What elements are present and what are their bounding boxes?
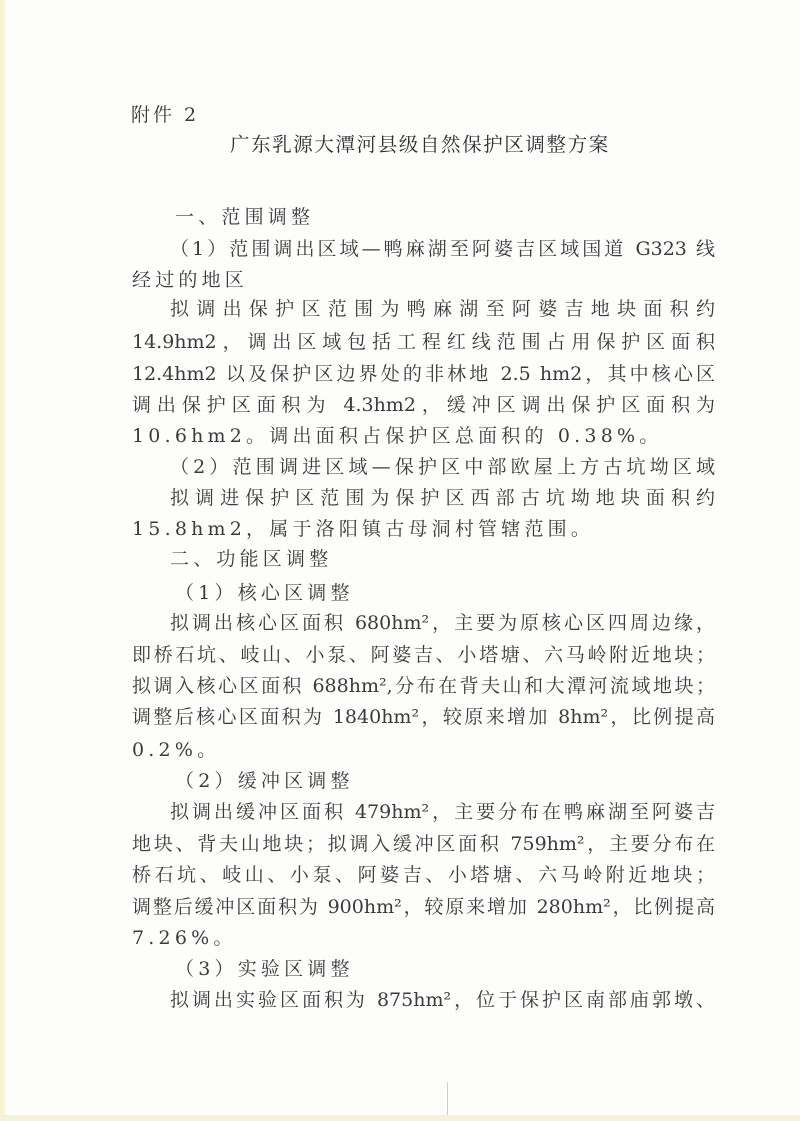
text-line: 即桥石坑、岐山、小泵、阿婆吉、小塔塘、六马岭附近地块； — [132, 643, 715, 667]
document-title: 广东乳源大潭河县级自然保护区调整方案 — [230, 133, 610, 157]
document-page: 附件 2 广东乳源大潭河县级自然保护区调整方案 一、范围调整（1）范围调出区域—… — [0, 0, 800, 1121]
attachment-label: 附件 2 — [131, 103, 199, 127]
text-line: 0.2%。 — [132, 738, 220, 762]
text-line: 桥石坑、岐山、小泵、阿婆吉、小塔塘、六马岭附近地块； — [132, 863, 715, 887]
text-line: 15.8hm2，属于洛阳镇古母洞村管辖范围。 — [132, 517, 594, 541]
text-line: 调出保护区面积为 4.3hm2，缓冲区调出保护区面积为 — [132, 393, 715, 417]
text-line: 14.9hm2，调出区域包括工程红线范围占用保护区面积 — [132, 330, 715, 354]
text-line: 拟调出保护区范围为鸭麻湖至阿婆吉地块面积约 — [170, 297, 715, 321]
text-line: 12.4hm2 以及保护区边界处的非林地 2.5 hm2，其中核心区 — [132, 362, 715, 386]
text-line: （1）核心区调整 — [175, 581, 354, 605]
text-line: 7.26%。 — [132, 926, 237, 950]
text-line: 拟调进保护区范围为保护区西部古坑坳地块面积约 — [170, 486, 715, 510]
text-line: 拟调入核心区面积 688hm²,分布在背夫山和大潭河流域地块； — [132, 674, 715, 698]
text-line: 10.6hm2。调出面积占保护区总面积的 0.38%。 — [132, 424, 662, 448]
text-line: 拟调出实验区面积为 875hm²，位于保护区南部庙郭墩、 — [170, 988, 715, 1012]
text-line: 一、范围调整 — [175, 205, 314, 229]
text-line: 二、功能区调整 — [170, 547, 332, 571]
text-line: 经过的地区 — [132, 268, 248, 292]
text-line: （1）范围调出区域—鸭麻湖至阿婆吉区域国道 G323 线 — [170, 237, 715, 261]
text-line: 拟调出缓冲区面积 479hm²，主要分布在鸭麻湖至阿婆吉 — [170, 800, 715, 824]
text-line: （3）实验区调整 — [175, 957, 354, 981]
text-line: 地块、背夫山地块；拟调入缓冲区面积 759hm²，主要分布在 — [132, 832, 715, 856]
text-line: 调整后缓冲区面积为 900hm²，较原来增加 280hm²，比例提高 — [132, 895, 715, 919]
text-line: （2）范围调进区域—保护区中部欧屋上方古坑坳区域 — [170, 455, 715, 479]
text-line: （2）缓冲区调整 — [175, 769, 354, 793]
text-line: 调整后核心区面积为 1840hm²，较原来增加 8hm²，比例提高 — [132, 705, 715, 729]
text-line: 拟调出核心区面积 680hm²，主要为原核心区四周边缘， — [170, 611, 715, 635]
